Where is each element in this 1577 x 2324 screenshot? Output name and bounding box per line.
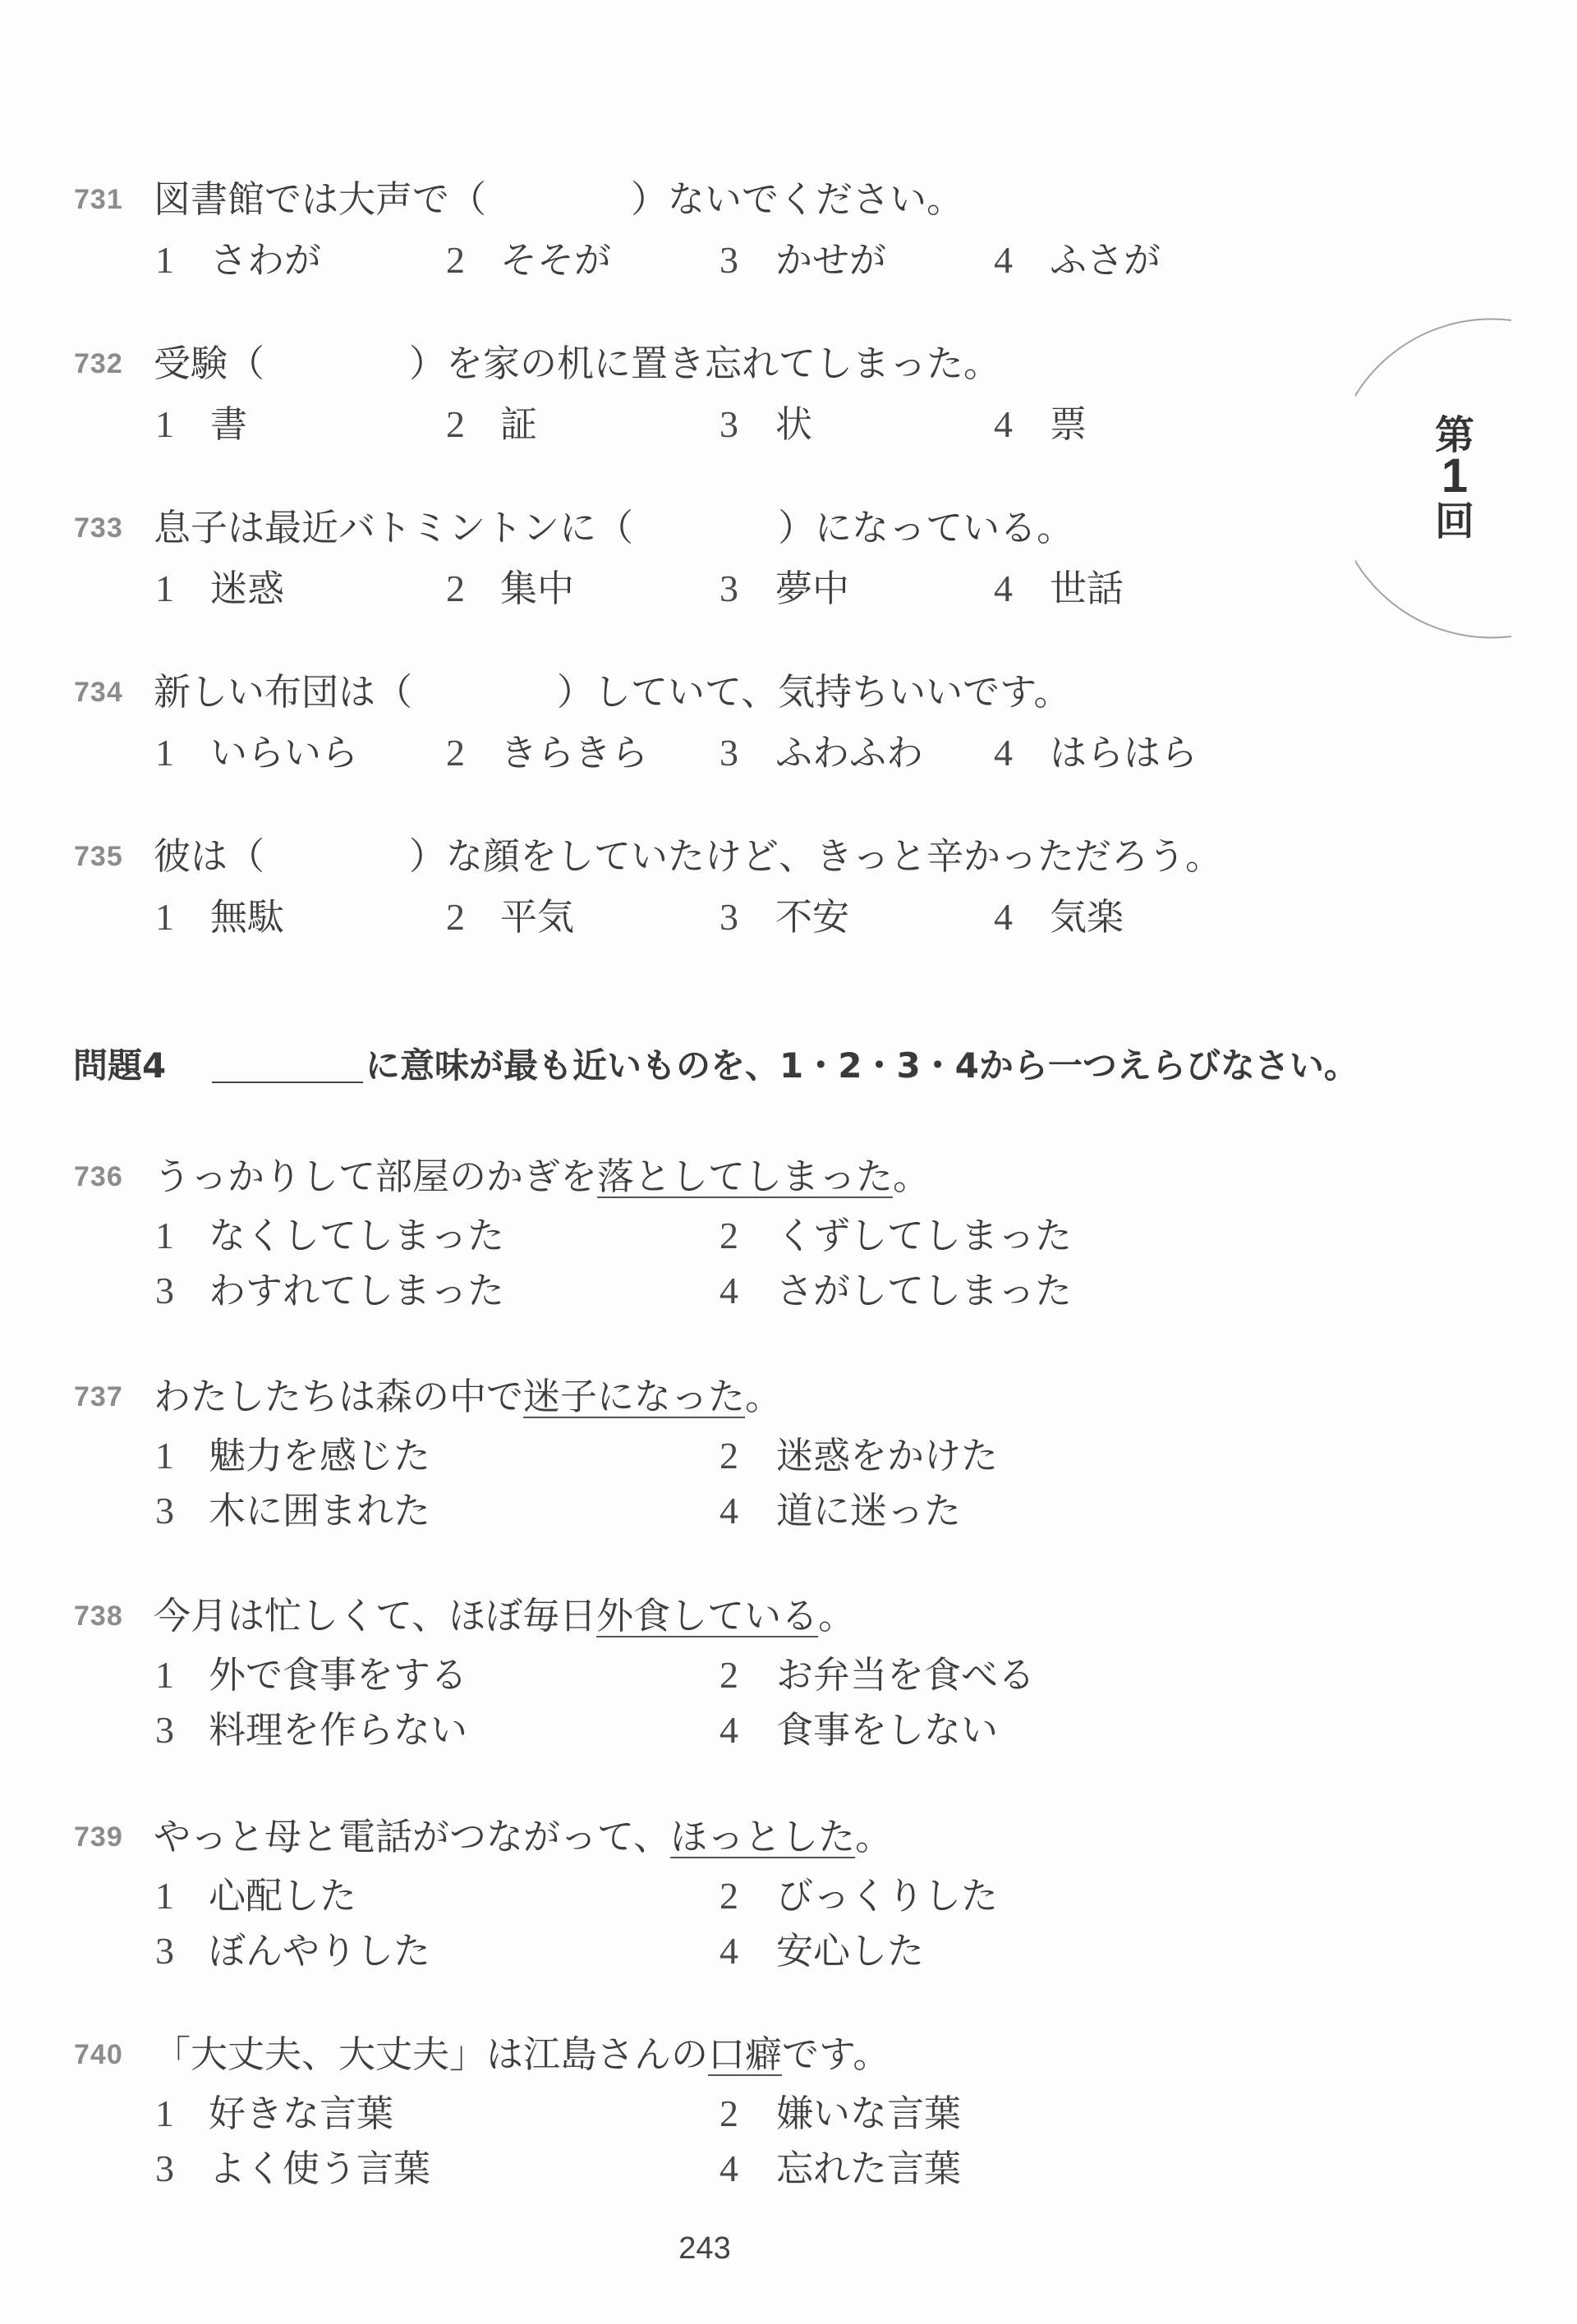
underlined-phrase: ほっとした [670, 1815, 855, 1858]
option-number: 1 [155, 404, 174, 445]
blank-close-paren: ） [409, 834, 446, 878]
option-number: 2 [446, 733, 465, 774]
blank-close-paren: ） [778, 506, 815, 549]
option-text: 道に迷った [776, 1490, 961, 1532]
option-text: 票 [1050, 404, 1087, 445]
options-row: 1 無駄 2 平気 3 不安 4 気楽 [0, 897, 1396, 938]
page-number: 243 [664, 2228, 746, 2269]
option-text: 証 [500, 404, 537, 445]
options-row: 1 迷惑 2 集中 3 夢中 4 世話 [0, 568, 1396, 609]
options-row-1: 1 好きな言葉 2 嫌いな言葉 [0, 2093, 1396, 2134]
question-737: 737 わたしたちは森の中で迷子になった。 1 魅力を感じた 2 迷惑をかけた … [0, 1376, 1396, 1557]
question-number: 739 [74, 1816, 123, 1858]
question-740: 740 「大丈夫、大丈夫」は江島さんの口癖です。 1 好きな言葉 2 嫌いな言葉… [0, 2034, 1396, 2215]
option-number: 3 [155, 1710, 174, 1751]
options-row-1: 1 なくしてしまった 2 くずしてしまった [0, 1215, 1396, 1256]
question-text: 新しい布団は（）していて、気持ちいいです。 [154, 672, 1071, 713]
question-number: 736 [74, 1156, 123, 1197]
question-text: 受験（）を家の机に置き忘れてしまった。 [154, 343, 1000, 384]
question-number: 738 [74, 1596, 123, 1637]
option-number: 2 [446, 404, 465, 445]
question-739: 739 やっと母と電話がつながって、ほっとした。 1 心配した 2 びっくりした… [0, 1816, 1396, 1997]
section-label: 問題4 [73, 1045, 166, 1086]
blank-close-paren: ） [557, 670, 594, 714]
question-stem: 733 息子は最近バトミントンに（）になっている。 [0, 508, 1396, 549]
question-stem: 736 うっかりして部屋のかぎを落としてしまった。 [0, 1156, 1396, 1197]
question-stem: 732 受験（）を家の机に置き忘れてしまった。 [0, 343, 1396, 384]
question-732: 732 受験（）を家の机に置き忘れてしまった。 1 書 2 証 3 状 4 票 [0, 343, 1396, 524]
option-number: 2 [720, 1876, 738, 1917]
question-number: 740 [74, 2034, 123, 2075]
option-text: 世話 [1050, 568, 1124, 609]
option-number: 1 [155, 897, 174, 938]
section-instruction: に意味が最も近いものを、1・2・3・4から一つえらびなさい。 [366, 1045, 1359, 1086]
question-number: 733 [74, 508, 123, 549]
option-number: 3 [720, 897, 738, 938]
option-text: 心配した [209, 1876, 356, 1917]
option-number: 4 [994, 404, 1013, 445]
tab-label-bottom: 回 [1434, 499, 1475, 544]
option-text: ぼんやりした [209, 1931, 430, 1972]
options-row-2: 3 ぼんやりした 4 安心した [0, 1931, 1396, 1972]
question-text: やっと母と電話がつながって、ほっとした。 [154, 1816, 892, 1858]
option-number: 3 [155, 2148, 174, 2189]
option-text: 外で食事をする [209, 1655, 467, 1696]
option-number: 4 [720, 1931, 738, 1972]
option-text: そそが [500, 240, 611, 281]
option-text: 集中 [500, 568, 574, 609]
option-number: 1 [155, 733, 174, 774]
question-731: 731 図書館では大声で（）ないでください。 1 さわが 2 そそが 3 かせが… [0, 179, 1396, 360]
question-stem: 734 新しい布団は（）していて、気持ちいいです。 [0, 672, 1396, 713]
option-number: 3 [155, 1931, 174, 1972]
option-number: 3 [720, 733, 738, 774]
options-row-1: 1 魅力を感じた 2 迷惑をかけた [0, 1435, 1396, 1477]
question-736: 736 うっかりして部屋のかぎを落としてしまった。 1 なくしてしまった 2 く… [0, 1156, 1396, 1337]
options-row: 1 さわが 2 そそが 3 かせが 4 ふさが [0, 240, 1396, 281]
option-text: さわが [210, 240, 321, 281]
option-number: 4 [994, 240, 1013, 281]
option-text: はらはら [1050, 733, 1198, 774]
option-text: びっくりした [776, 1876, 998, 1917]
question-number: 737 [74, 1376, 123, 1417]
question-735: 735 彼は（）な顔をしていたけど、きっと辛かっただろう。 1 無駄 2 平気 … [0, 836, 1396, 1017]
option-text: お弁当を食べる [776, 1655, 1035, 1696]
options-row-1: 1 心配した 2 びっくりした [0, 1876, 1396, 1917]
options-row-2: 3 わすれてしまった 4 さがしてしまった [0, 1270, 1396, 1311]
underline-blank-marker [212, 1082, 363, 1083]
option-number: 4 [720, 2148, 738, 2189]
option-number: 1 [155, 2093, 174, 2134]
question-number: 732 [74, 343, 123, 384]
option-text: 安心した [776, 1931, 924, 1972]
question-text: うっかりして部屋のかぎを落としてしまった。 [154, 1156, 930, 1197]
options-row-2: 3 木に囲まれた 4 道に迷った [0, 1490, 1396, 1532]
option-number: 3 [720, 568, 738, 609]
blank-close-paren: ） [409, 342, 446, 385]
option-text: 好きな言葉 [209, 2093, 393, 2134]
option-number: 1 [155, 240, 174, 281]
option-text: 木に囲まれた [209, 1490, 430, 1532]
option-text: 迷惑をかけた [776, 1435, 998, 1477]
question-text: 図書館では大声で（）ないでください。 [154, 179, 963, 220]
question-stem: 731 図書館では大声で（）ないでください。 [0, 179, 1396, 220]
option-text: 迷惑 [210, 568, 284, 609]
option-number: 2 [720, 2093, 738, 2134]
blank-open-paren: （ [228, 834, 264, 878]
underlined-phrase: 口癖 [708, 2032, 782, 2076]
underlined-phrase: 落としてしまった [597, 1155, 893, 1198]
section-heading-mondai-4: 問題4 に意味が最も近いものを、1・2・3・4から一つえらびなさい。 [0, 1045, 1478, 1086]
option-text: きらきら [500, 733, 648, 774]
question-stem: 735 彼は（）な顔をしていたけど、きっと辛かっただろう。 [0, 836, 1396, 877]
question-number: 734 [74, 672, 123, 713]
option-text: 魅力を感じた [209, 1435, 430, 1477]
option-number: 3 [155, 1270, 174, 1311]
blank-close-paren: ） [631, 177, 668, 221]
option-number: 2 [720, 1435, 738, 1477]
question-text: 今月は忙しくて、ほぼ毎日外食している。 [154, 1596, 855, 1637]
option-text: かせが [775, 240, 886, 281]
option-number: 4 [720, 1490, 738, 1532]
option-number: 4 [994, 733, 1013, 774]
option-number: 4 [720, 1270, 738, 1311]
option-text: よく使う言葉 [209, 2148, 430, 2189]
question-stem: 740 「大丈夫、大丈夫」は江島さんの口癖です。 [0, 2034, 1396, 2075]
option-number: 1 [155, 1655, 174, 1696]
question-text: わたしたちは森の中で迷子になった。 [154, 1376, 782, 1417]
question-text: 息子は最近バトミントンに（）になっている。 [154, 508, 1074, 549]
question-734: 734 新しい布団は（）していて、気持ちいいです。 1 いらいら 2 きらきら … [0, 672, 1396, 852]
blank-open-paren: （ [449, 177, 486, 221]
question-stem: 739 やっと母と電話がつながって、ほっとした。 [0, 1816, 1396, 1858]
question-number: 731 [74, 179, 123, 220]
question-number: 735 [74, 836, 123, 877]
option-text: 夢中 [775, 568, 849, 609]
option-text: くずしてしまった [776, 1215, 1072, 1256]
option-number: 2 [446, 568, 465, 609]
option-number: 2 [720, 1215, 738, 1256]
option-text: わすれてしまった [209, 1270, 504, 1311]
question-stem: 738 今月は忙しくて、ほぼ毎日外食している。 [0, 1596, 1396, 1637]
option-number: 2 [446, 897, 465, 938]
option-text: 平気 [500, 897, 574, 938]
option-text: 忘れた言葉 [776, 2148, 961, 2189]
option-number: 4 [720, 1710, 738, 1751]
option-number: 1 [155, 1435, 174, 1477]
option-text: 書 [210, 404, 247, 445]
option-text: 不安 [775, 897, 849, 938]
option-text: さがしてしまった [776, 1270, 1072, 1311]
option-text: 食事をしない [776, 1710, 998, 1751]
option-text: 嫌いな言葉 [776, 2093, 961, 2134]
option-text: ふさが [1050, 240, 1161, 281]
option-text: なくしてしまった [209, 1215, 504, 1256]
option-number: 2 [720, 1655, 738, 1696]
question-733: 733 息子は最近バトミントンに（）になっている。 1 迷惑 2 集中 3 夢中… [0, 508, 1396, 688]
options-row-2: 3 料理を作らない 4 食事をしない [0, 1710, 1396, 1751]
question-text: 「大丈夫、大丈夫」は江島さんの口癖です。 [154, 2034, 890, 2075]
option-number: 4 [994, 568, 1013, 609]
option-text: いらいら [210, 733, 358, 774]
option-number: 4 [994, 897, 1013, 938]
option-number: 1 [155, 1215, 174, 1256]
question-stem: 737 わたしたちは森の中で迷子になった。 [0, 1376, 1396, 1417]
option-number: 2 [446, 240, 465, 281]
blank-open-paren: （ [228, 342, 264, 385]
option-text: 状 [775, 404, 812, 445]
blank-open-paren: （ [375, 670, 412, 714]
blank-open-paren: （ [596, 506, 633, 549]
question-738: 738 今月は忙しくて、ほぼ毎日外食している。 1 外で食事をする 2 お弁当を… [0, 1596, 1396, 1776]
underlined-phrase: 迷子になった [523, 1375, 745, 1418]
option-number: 3 [720, 240, 738, 281]
option-text: 気楽 [1050, 897, 1124, 938]
option-text: 料理を作らない [209, 1710, 467, 1751]
option-number: 1 [155, 568, 174, 609]
option-number: 3 [720, 404, 738, 445]
question-text: 彼は（）な顔をしていたけど、きっと辛かっただろう。 [154, 836, 1222, 877]
option-number: 1 [155, 1876, 174, 1917]
option-text: 無駄 [210, 897, 284, 938]
option-text: ふわふわ [775, 733, 923, 774]
options-row: 1 書 2 証 3 状 4 票 [0, 404, 1396, 445]
tab-label-number: 1 [1434, 452, 1475, 501]
underlined-phrase: 外食している [596, 1594, 818, 1637]
options-row-1: 1 外で食事をする 2 お弁当を食べる [0, 1655, 1396, 1696]
options-row-2: 3 よく使う言葉 4 忘れた言葉 [0, 2148, 1396, 2189]
options-row: 1 いらいら 2 きらきら 3 ふわふわ 4 はらはら [0, 733, 1396, 774]
option-number: 3 [155, 1490, 174, 1532]
